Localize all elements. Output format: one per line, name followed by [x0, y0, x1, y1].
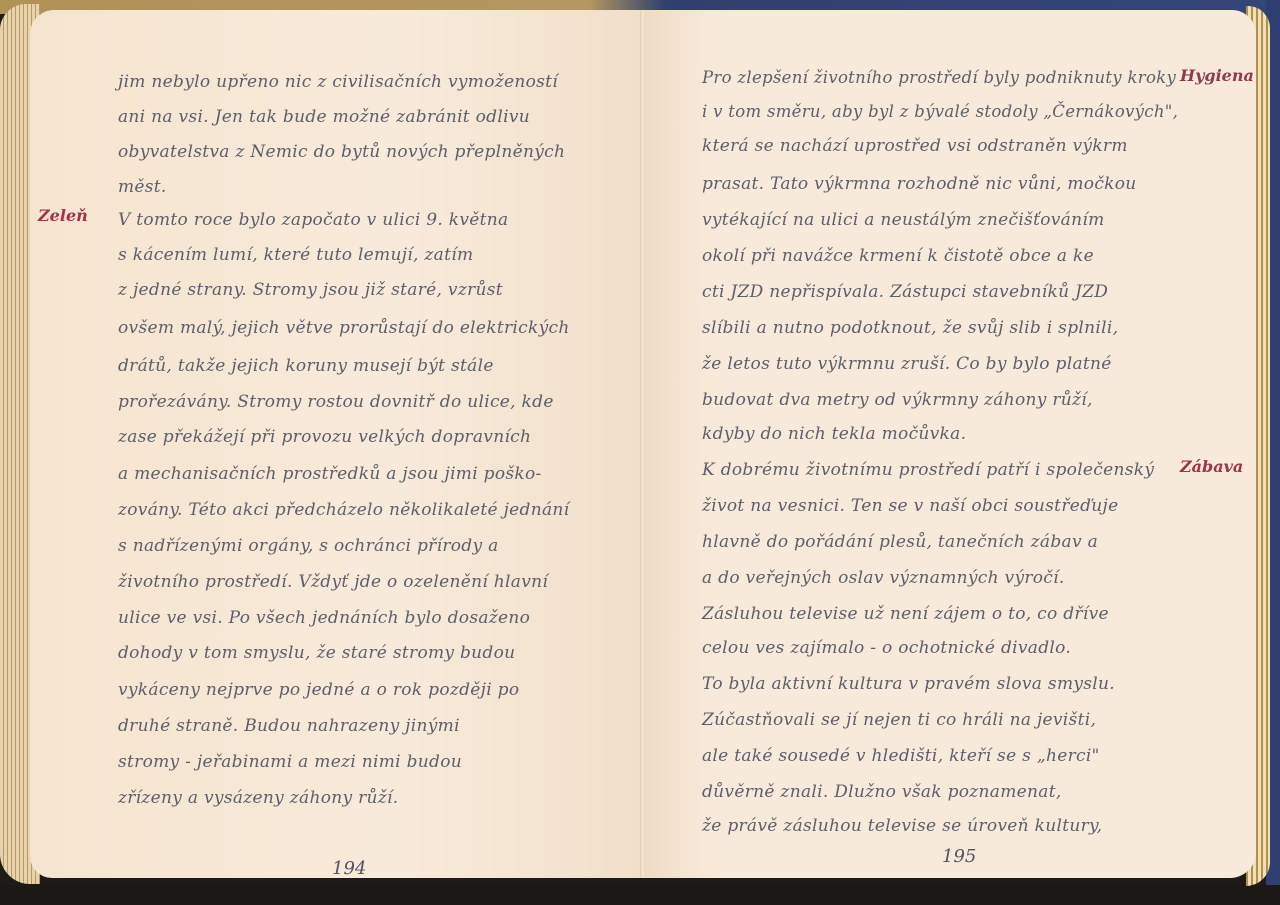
right-page-text: Hygiena Zábava Pro zlepšení životního pr… [644, 10, 1256, 878]
text-line: stromy - jeřabinami a mezi nimi budou [118, 752, 462, 772]
text-line: Zásluhou televise už není zájem o to, co… [702, 604, 1109, 624]
text-line: život na vesnici. Ten se v naší obci sou… [702, 496, 1118, 516]
text-line: s kácením lumí, které tuto lemují, zatím [118, 245, 473, 265]
margin-note-zelen: Zeleň [38, 206, 88, 225]
margin-note-hygiena: Hygiena [1180, 66, 1254, 85]
right-page: Hygiena Zábava Pro zlepšení životního pr… [644, 10, 1256, 878]
text-line: dohody v tom smyslu, že staré stromy bud… [118, 643, 515, 663]
text-line: zase překážejí při provozu velkých dopra… [118, 427, 531, 447]
table-surface [0, 885, 1280, 905]
text-line: druhé straně. Budou nahrazeny jinými [118, 716, 460, 736]
text-line: která se nachází uprostřed vsi odstraněn… [702, 136, 1128, 156]
text-line: a do veřejných oslav významných výročí. [702, 568, 1065, 588]
text-line: okolí při navážce krmení k čistotě obce … [702, 246, 1094, 266]
text-line: kdyby do nich tekla močůvka. [702, 424, 966, 444]
text-line: budovat dva metry od výkrmny záhony růží… [702, 390, 1093, 410]
text-line: prasat. Tato výkrmna rozhodně nic vůni, … [702, 174, 1137, 194]
text-line: zovány. Této akci předcházelo několikale… [118, 500, 569, 520]
text-line: To byla aktivní kultura v pravém slova s… [702, 674, 1115, 694]
text-line: ovšem malý, jejich větve prorůstají do e… [118, 318, 570, 338]
text-line: drátů, takže jejich koruny musejí být st… [118, 356, 494, 376]
text-line: slíbili a nutno podotknout, že svůj slib… [702, 318, 1118, 338]
text-line: důvěrně znali. Dlužno však poznamenat, [702, 782, 1062, 802]
text-line: ale také sousedé v hledišti, kteří se s … [702, 746, 1100, 766]
left-page: Zeleň jim nebylo upřeno nic z civilisačn… [30, 10, 642, 878]
text-line: měst. [118, 177, 167, 197]
text-line: i v tom směru, aby byl z bývalé stodoly … [702, 102, 1178, 121]
text-line: z jedné strany. Stromy jsou již staré, v… [118, 280, 503, 300]
text-line: vykáceny nejprve po jedné a o rok pozděj… [118, 680, 519, 700]
text-line: zřízeny a vysázeny záhony růží. [118, 788, 398, 808]
text-line: celou ves zajímalo - o ochotnické divadl… [702, 638, 1071, 658]
text-line: V tomto roce bylo započato v ulici 9. kv… [118, 210, 508, 230]
left-page-text: Zeleň jim nebylo upřeno nic z civilisačn… [30, 10, 642, 878]
text-line: Zúčastňovali se jí nejen ti co hráli na … [702, 710, 1096, 730]
text-line: cti JZD nepřispívala. Zástupci stavebník… [702, 282, 1108, 302]
page-number-left: 194 [332, 858, 366, 879]
text-line: jim nebylo upřeno nic z civilisačních vy… [118, 72, 558, 92]
margin-note-zabava: Zábava [1180, 457, 1243, 476]
text-line: obyvatelstva z Nemic do bytů nových přep… [118, 142, 565, 162]
text-line: vytékající na ulici a neustálým znečišťo… [702, 210, 1105, 230]
text-line: hlavně do pořádání plesů, tanečních zába… [702, 532, 1098, 552]
text-line: že letos tuto výkrmnu zruší. Co by bylo … [702, 354, 1112, 374]
text-line: K dobrému životnímu prostředí patří i sp… [702, 460, 1154, 480]
text-line: s nadřízenými orgány, s ochránci přírody… [118, 536, 499, 556]
text-line: ulice ve vsi. Po všech jednáních bylo do… [118, 608, 530, 628]
text-line: ani na vsi. Jen tak bude možné zabránit … [118, 107, 530, 127]
text-line: Pro zlepšení životního prostředí byly po… [702, 68, 1176, 87]
text-line: že právě zásluhou televise se úroveň kul… [702, 816, 1102, 836]
text-line: a mechanisačních prostředků a jsou jimi … [118, 464, 542, 484]
text-line: prořezávány. Stromy rostou dovnitř do ul… [118, 392, 554, 412]
text-line: životního prostředí. Vždyť jde o ozeleně… [118, 572, 548, 592]
page-number-right: 195 [942, 846, 976, 867]
